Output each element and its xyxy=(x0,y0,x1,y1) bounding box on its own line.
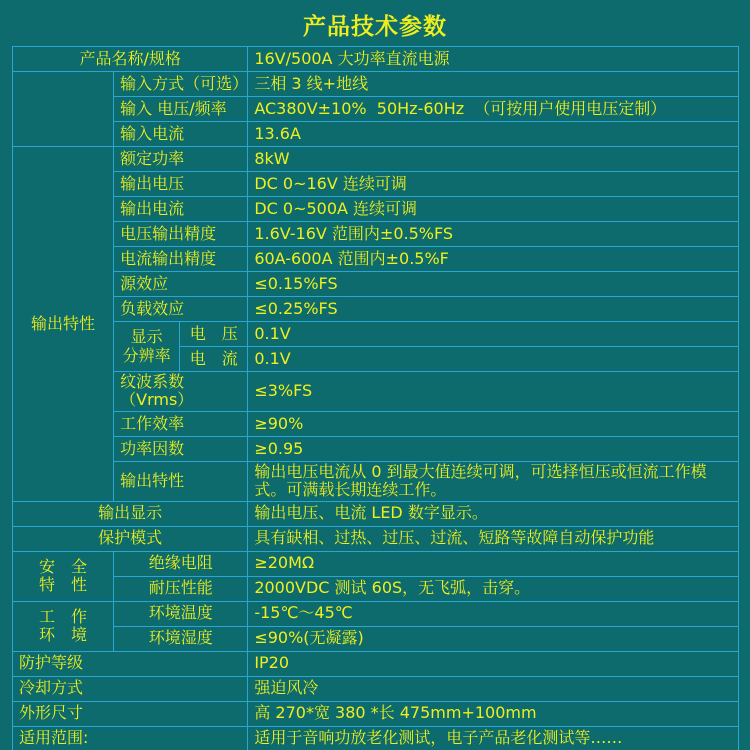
input-current-value: 13.6A xyxy=(248,122,739,147)
row-product-name: 产品名称/规格 16V/500A 大功率直流电源 xyxy=(13,47,739,72)
output-group-label: 输出特性 xyxy=(13,147,114,502)
output-display-value: 输出电压、电流 LED 数字显示。 xyxy=(248,501,739,526)
dimensions-value: 高 270*宽 380 *长 475mm+100mm xyxy=(248,701,739,726)
application-value: 适用于音响功放老化测试，电子产品老化测试等…… xyxy=(248,726,739,750)
ip-rating-label: 防护等级 xyxy=(13,651,248,676)
input-current-label: 输入电流 xyxy=(114,122,248,147)
source-effect-label: 源效应 xyxy=(114,272,248,297)
row-voltage-accuracy: 电压输出精度 1.6V-16V 范围内±0.5%FS xyxy=(13,222,739,247)
output-voltage-label: 输出电压 xyxy=(114,172,248,197)
temperature-label: 环境温度 xyxy=(114,601,248,626)
ripple-label: 纹波系数（Vrms） xyxy=(114,372,248,412)
product-name-value: 16V/500A 大功率直流电源 xyxy=(248,47,739,72)
insulation-label: 绝缘电阻 xyxy=(114,551,248,576)
resolution-voltage-value: 0.1V xyxy=(248,322,739,347)
power-factor-value: ≥0.95 xyxy=(248,436,739,461)
protection-mode-label: 保护模式 xyxy=(13,526,248,551)
environment-group-label: 工 作 环 境 xyxy=(13,601,114,651)
ip-rating-value: IP20 xyxy=(248,651,739,676)
output-display-label: 输出显示 xyxy=(13,501,248,526)
load-effect-value: ≤0.25%FS xyxy=(248,297,739,322)
row-dimensions: 外形尺寸 高 270*宽 380 *长 475mm+100mm xyxy=(13,701,739,726)
input-group-cell xyxy=(13,72,114,147)
row-output-characteristics: 输出特性 输出电压电流从 0 到最大值连续可调，可选择恒压或恒流工作模式。可满载… xyxy=(13,461,739,501)
row-humidity: 环境湿度 ≤90%(无凝露) xyxy=(13,626,739,651)
row-power-factor: 功率因数 ≥0.95 xyxy=(13,436,739,461)
current-accuracy-label: 电流输出精度 xyxy=(114,247,248,272)
input-voltage-freq-value: AC380V±10% 50Hz-60Hz （可按用户使用电压定制） xyxy=(248,97,739,122)
cooling-label: 冷却方式 xyxy=(13,676,248,701)
resolution-current-label: 电 流 xyxy=(180,347,248,372)
output-characteristics-label: 输出特性 xyxy=(114,461,248,501)
row-temperature: 工 作 环 境 环境温度 -15℃～45℃ xyxy=(13,601,739,626)
rated-power-label: 额定功率 xyxy=(114,147,248,172)
row-withstand: 耐压性能 2000VDC 测试 60S，无飞弧，击穿。 xyxy=(13,576,739,601)
resolution-label: 显示 分辨率 xyxy=(114,322,180,372)
ripple-value: ≤3%FS xyxy=(248,372,739,412)
row-cooling: 冷却方式 强迫风冷 xyxy=(13,676,739,701)
cooling-value: 强迫风冷 xyxy=(248,676,739,701)
output-current-value: DC 0~500A 连续可调 xyxy=(248,197,739,222)
withstand-label: 耐压性能 xyxy=(114,576,248,601)
row-ripple: 纹波系数（Vrms） ≤3%FS xyxy=(13,372,739,412)
row-resolution-voltage: 显示 分辨率 电 压 0.1V xyxy=(13,322,739,347)
row-efficiency: 工作效率 ≥90% xyxy=(13,411,739,436)
humidity-label: 环境湿度 xyxy=(114,626,248,651)
row-rated-power: 输出特性 额定功率 8kW xyxy=(13,147,739,172)
voltage-accuracy-label: 电压输出精度 xyxy=(114,222,248,247)
safety-group-label: 安 全 特 性 xyxy=(13,551,114,601)
output-current-label: 输出电流 xyxy=(114,197,248,222)
source-effect-value: ≤0.15%FS xyxy=(248,272,739,297)
row-input-mode: 输入方式（可选） 三相 3 线+地线 xyxy=(13,72,739,97)
withstand-value: 2000VDC 测试 60S，无飞弧，击穿。 xyxy=(248,576,739,601)
insulation-value: ≥20MΩ xyxy=(248,551,739,576)
protection-mode-value: 具有缺相、过热、过压、过流、短路等故障自动保护功能 xyxy=(248,526,739,551)
output-characteristics-value: 输出电压电流从 0 到最大值连续可调，可选择恒压或恒流工作模式。可满载长期连续工… xyxy=(248,461,739,501)
row-output-voltage: 输出电压 DC 0~16V 连续可调 xyxy=(13,172,739,197)
dimensions-label: 外形尺寸 xyxy=(13,701,248,726)
resolution-voltage-label: 电 压 xyxy=(180,322,248,347)
product-name-label: 产品名称/规格 xyxy=(13,47,248,72)
load-effect-label: 负载效应 xyxy=(114,297,248,322)
power-factor-label: 功率因数 xyxy=(114,436,248,461)
spec-table: 产品名称/规格 16V/500A 大功率直流电源 输入方式（可选） 三相 3 线… xyxy=(12,46,739,750)
row-ip-rating: 防护等级 IP20 xyxy=(13,651,739,676)
row-load-effect: 负载效应 ≤0.25%FS xyxy=(13,297,739,322)
row-source-effect: 源效应 ≤0.15%FS xyxy=(13,272,739,297)
input-mode-value: 三相 3 线+地线 xyxy=(248,72,739,97)
row-output-current: 输出电流 DC 0~500A 连续可调 xyxy=(13,197,739,222)
row-current-accuracy: 电流输出精度 60A-600A 范围内±0.5%F xyxy=(13,247,739,272)
output-voltage-value: DC 0~16V 连续可调 xyxy=(248,172,739,197)
row-input-voltage-freq: 输入 电压/频率 AC380V±10% 50Hz-60Hz （可按用户使用电压定… xyxy=(13,97,739,122)
application-label: 适用范围: xyxy=(13,726,248,750)
efficiency-label: 工作效率 xyxy=(114,411,248,436)
row-input-current: 输入电流 13.6A xyxy=(13,122,739,147)
voltage-accuracy-value: 1.6V-16V 范围内±0.5%FS xyxy=(248,222,739,247)
row-insulation: 安 全 特 性 绝缘电阻 ≥20MΩ xyxy=(13,551,739,576)
current-accuracy-value: 60A-600A 范围内±0.5%F xyxy=(248,247,739,272)
humidity-value: ≤90%(无凝露) xyxy=(248,626,739,651)
page: 产品技术参数 产品名称/规格 16V/500A 大功率直流电源 输入方式（可选）… xyxy=(0,0,750,750)
row-application: 适用范围: 适用于音响功放老化测试，电子产品老化测试等…… xyxy=(13,726,739,750)
row-protection-mode: 保护模式 具有缺相、过热、过压、过流、短路等故障自动保护功能 xyxy=(13,526,739,551)
rated-power-value: 8kW xyxy=(248,147,739,172)
page-title: 产品技术参数 xyxy=(0,8,750,41)
input-mode-label: 输入方式（可选） xyxy=(114,72,248,97)
input-voltage-freq-label: 输入 电压/频率 xyxy=(114,97,248,122)
row-output-display: 输出显示 输出电压、电流 LED 数字显示。 xyxy=(13,501,739,526)
resolution-current-value: 0.1V xyxy=(248,347,739,372)
temperature-value: -15℃～45℃ xyxy=(248,601,739,626)
efficiency-value: ≥90% xyxy=(248,411,739,436)
